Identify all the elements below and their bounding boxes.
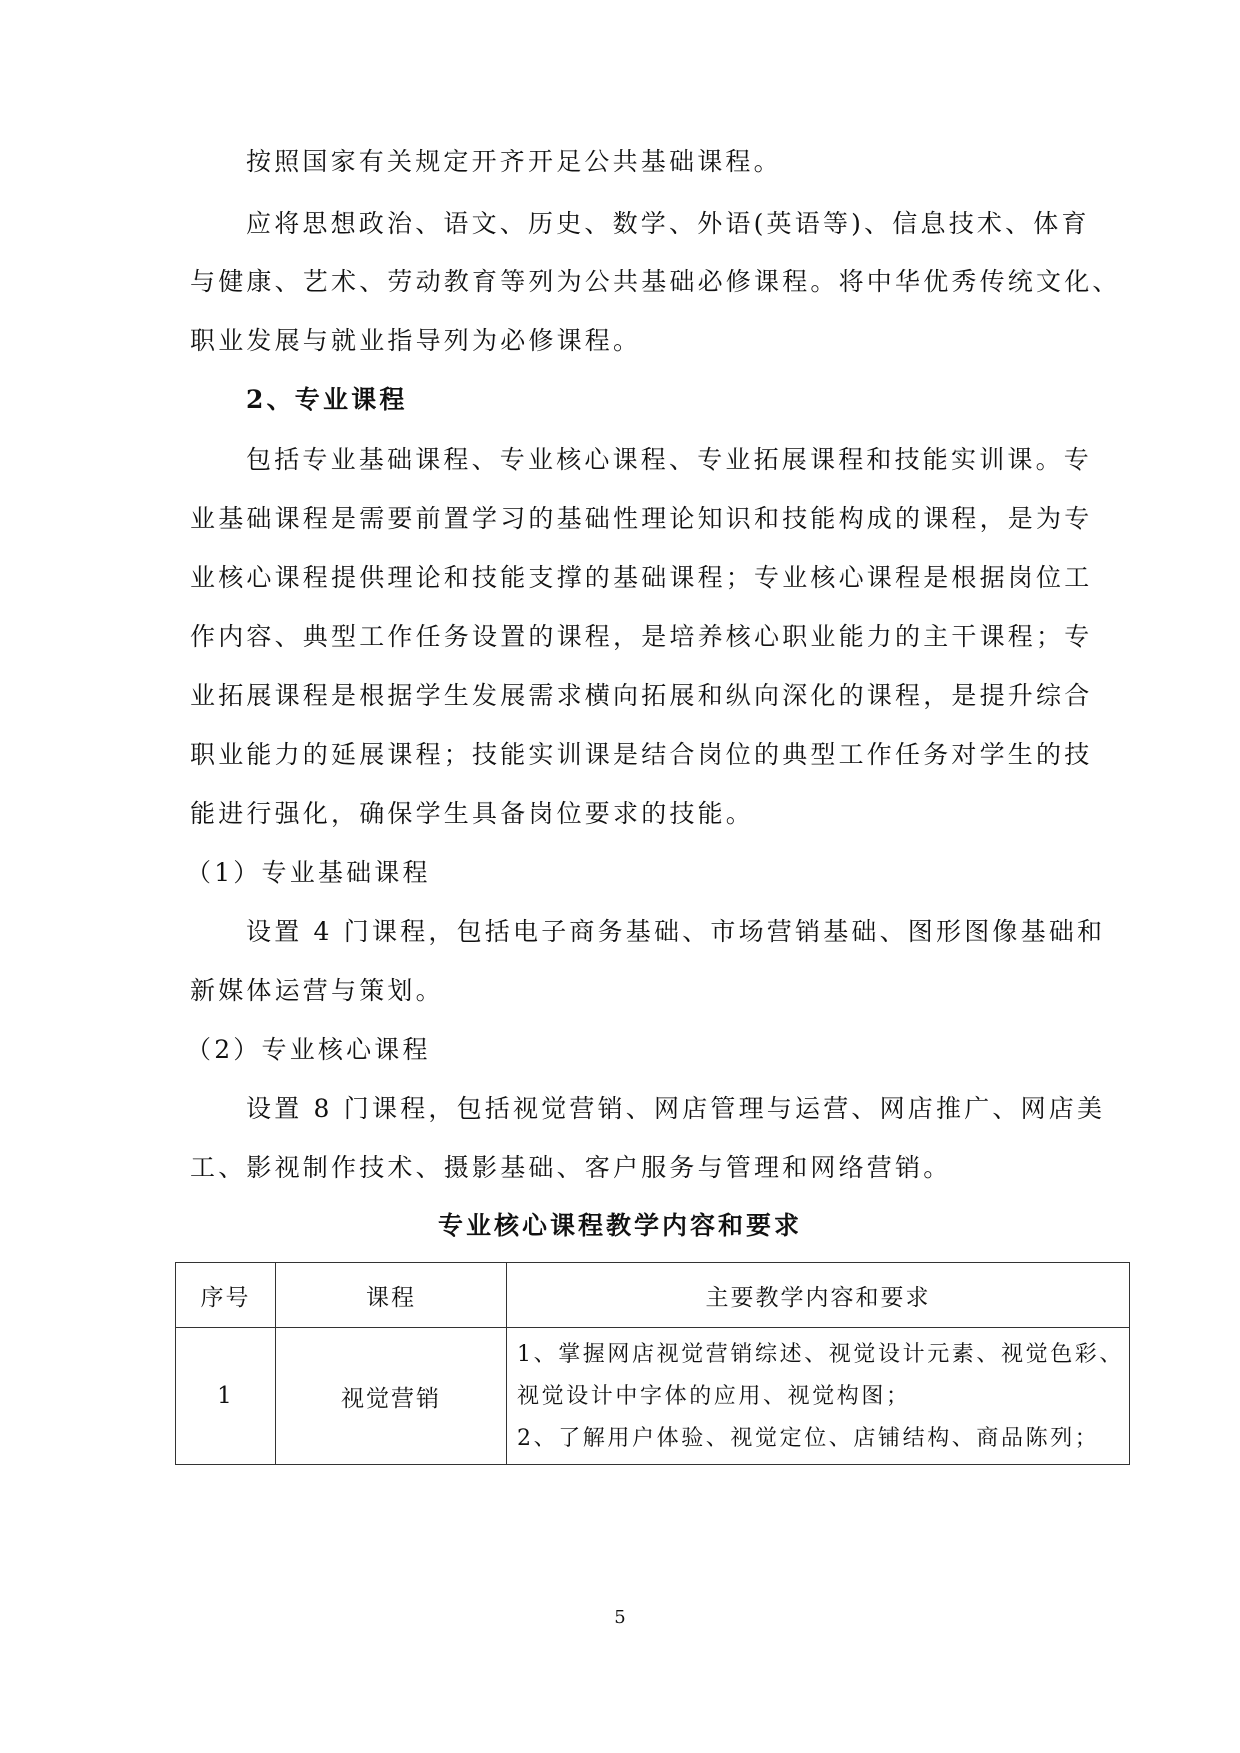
content-line: 2、了解用户体验、视觉定位、店铺结构、商品陈列； <box>517 1418 1121 1460</box>
paragraph-professional-line: 业核心课程提供理论和技能支撑的基础课程；专业核心课程是根据岗位工 <box>190 562 1130 594</box>
header-course: 课程 <box>276 1263 507 1328</box>
cell-course: 视觉营销 <box>276 1328 507 1465</box>
header-number: 序号 <box>176 1263 276 1328</box>
paragraph-required-courses-line: 应将思想政治、语文、历史、数学、外语(英语等)、信息技术、体育 <box>246 208 1186 240</box>
core-courses-table: 序号 课程 主要教学内容和要求 1 视觉营销 1、掌握网店视觉营销综述、视觉设计… <box>175 1262 1130 1465</box>
paragraph-professional-line: 能进行强化，确保学生具备岗位要求的技能。 <box>190 798 1130 830</box>
document-page: 按照国家有关规定开齐开足公共基础课程。 应将思想政治、语文、历史、数学、外语(英… <box>0 0 1240 1753</box>
table-header-row: 序号 课程 主要教学内容和要求 <box>176 1263 1130 1328</box>
page-number: 5 <box>0 1607 1240 1629</box>
subheading-core-courses: （2）专业核心课程 <box>186 1034 1126 1066</box>
paragraph-professional-line: 职业能力的延展课程；技能实训课是结合岗位的典型工作任务对学生的技 <box>190 739 1130 771</box>
paragraph-professional-line: 业拓展课程是根据学生发展需求横向拓展和纵向深化的课程，是提升综合 <box>190 680 1130 712</box>
section-heading-professional-courses: 2、专业课程 <box>246 384 1186 416</box>
paragraph-professional-line: 包括专业基础课程、专业核心课程、专业拓展课程和技能实训课。专 <box>246 444 1186 476</box>
paragraph-core-line: 工、影视制作技术、摄影基础、客户服务与管理和网络营销。 <box>190 1152 1130 1184</box>
content-line: 视觉设计中字体的应用、视觉构图； <box>517 1376 1121 1418</box>
paragraph-core-line: 设置 8 门课程，包括视觉营销、网店管理与运营、网店推广、网店美 <box>246 1093 1186 1125</box>
table-row: 1 视觉营销 1、掌握网店视觉营销综述、视觉设计元素、视觉色彩、 视觉设计中字体… <box>176 1328 1130 1465</box>
paragraph-professional-line: 业基础课程是需要前置学习的基础性理论知识和技能构成的课程，是为专 <box>190 503 1130 535</box>
table-caption: 专业核心课程教学内容和要求 <box>0 1209 1240 1243</box>
paragraph-professional-line: 作内容、典型工作任务设置的课程，是培养核心职业能力的主干课程；专 <box>190 621 1130 653</box>
cell-number: 1 <box>176 1328 276 1465</box>
subheading-foundation-courses: （1）专业基础课程 <box>186 857 1126 889</box>
paragraph-foundation-line: 新媒体运营与策划。 <box>190 975 1130 1007</box>
cell-content: 1、掌握网店视觉营销综述、视觉设计元素、视觉色彩、 视觉设计中字体的应用、视觉构… <box>507 1328 1130 1465</box>
paragraph-foundation-line: 设置 4 门课程，包括电子商务基础、市场营销基础、图形图像基础和 <box>246 916 1186 948</box>
paragraph-required-courses-line: 与健康、艺术、劳动教育等列为公共基础必修课程。将中华优秀传统文化、 <box>190 266 1130 298</box>
paragraph-public-courses: 按照国家有关规定开齐开足公共基础课程。 <box>246 146 1186 178</box>
header-content: 主要教学内容和要求 <box>507 1263 1130 1328</box>
content-line: 1、掌握网店视觉营销综述、视觉设计元素、视觉色彩、 <box>517 1334 1121 1376</box>
paragraph-required-courses-line: 职业发展与就业指导列为必修课程。 <box>190 325 1130 357</box>
